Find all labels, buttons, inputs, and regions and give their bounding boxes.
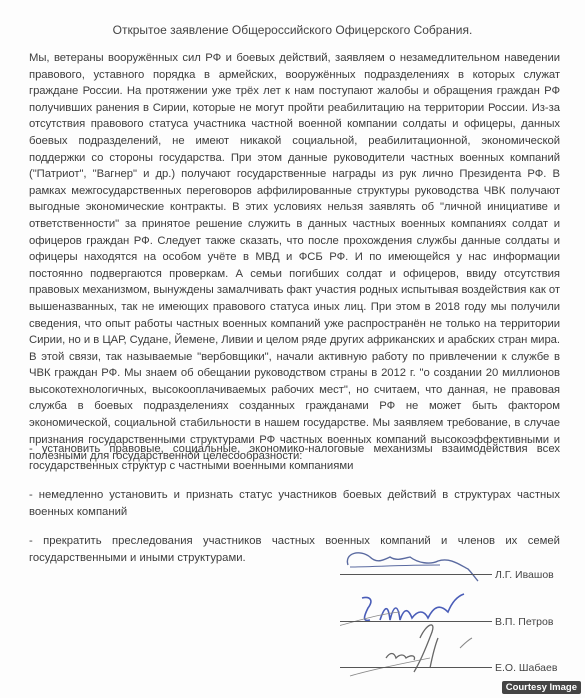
signatory-name: Е.О. Шабаев bbox=[495, 662, 557, 674]
signatory-name: Л.Г. Ивашов bbox=[495, 569, 554, 581]
signature-icon bbox=[340, 543, 500, 583]
document-page: Открытое заявление Общероссийского Офице… bbox=[0, 0, 585, 698]
demand-item: - установить правовые, социальные, эконо… bbox=[29, 441, 560, 474]
document-title: Открытое заявление Общероссийского Офице… bbox=[0, 23, 585, 37]
document-body: Мы, ветераны вооружённых сил РФ и боевых… bbox=[29, 50, 560, 465]
signature-block: Е.О. Шабаев bbox=[340, 636, 540, 676]
signature-line bbox=[340, 574, 492, 575]
signature-block: Л.Г. Ивашов bbox=[340, 543, 540, 583]
signature-line bbox=[340, 667, 492, 668]
signatory-name: В.П. Петров bbox=[495, 616, 553, 628]
signature-icon bbox=[340, 618, 500, 678]
demand-item: - немедленно установить и признать стату… bbox=[29, 487, 560, 520]
image-credit-badge: Courtesy Image bbox=[502, 681, 581, 694]
